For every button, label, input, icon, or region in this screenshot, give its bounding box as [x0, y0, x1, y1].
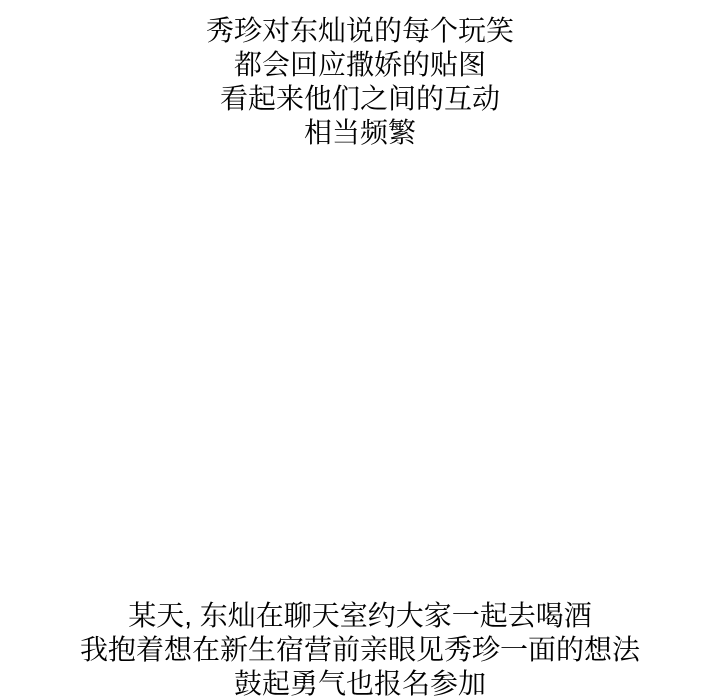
- bottom-narration-block: 某天, 东灿在聊天室约大家一起去喝酒 我抱着想在新生宿营前亲眼见秀珍一面的想法 …: [0, 599, 720, 700]
- narration-line: 我抱着想在新生宿营前亲眼见秀珍一面的想法: [0, 633, 720, 667]
- narration-line: 看起来他们之间的互动: [0, 82, 720, 116]
- narration-line: 相当频繁: [0, 116, 720, 150]
- narration-line: 鼓起勇气也报名参加: [0, 667, 720, 700]
- narration-line: 某天, 东灿在聊天室约大家一起去喝酒: [0, 599, 720, 633]
- narration-line: 秀珍对东灿说的每个玩笑: [0, 14, 720, 48]
- top-narration-block: 秀珍对东灿说的每个玩笑 都会回应撒娇的贴图 看起来他们之间的互动 相当频繁: [0, 14, 720, 150]
- comic-page: 秀珍对东灿说的每个玩笑 都会回应撒娇的贴图 看起来他们之间的互动 相当频繁 某天…: [0, 0, 720, 700]
- narration-line: 都会回应撒娇的贴图: [0, 48, 720, 82]
